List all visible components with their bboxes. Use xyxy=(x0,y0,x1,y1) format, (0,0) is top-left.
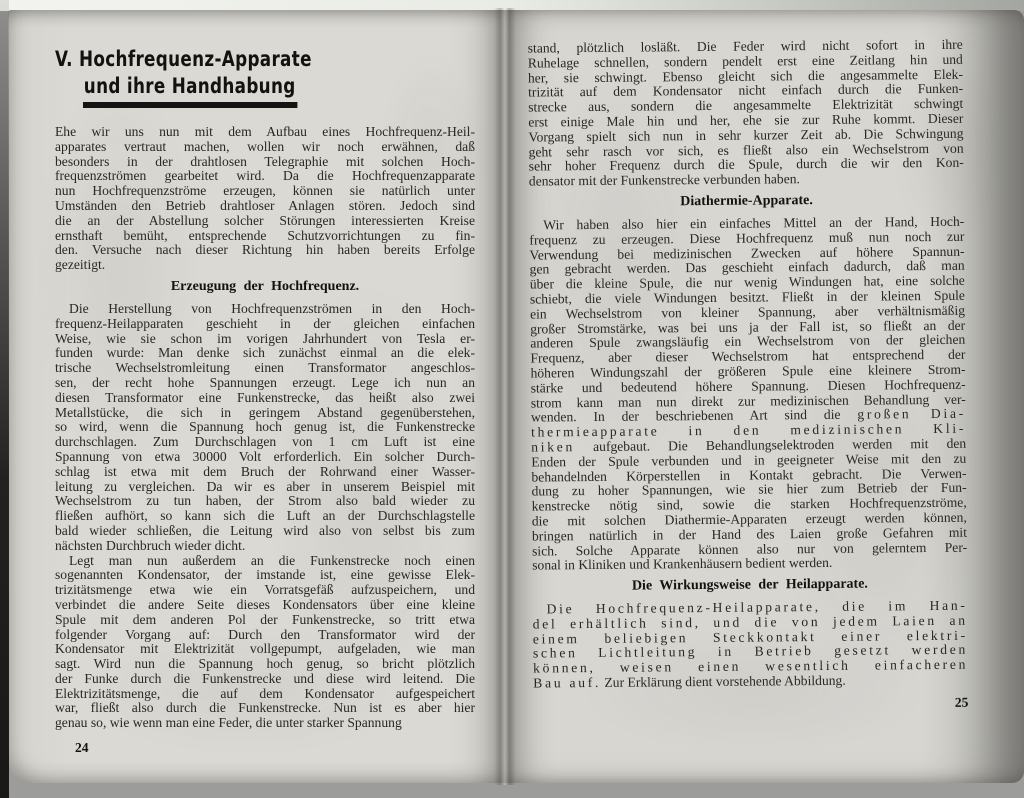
text-line: Legt man nun außerdem an die Funkenstrec… xyxy=(55,554,475,569)
section-heading: Die Wirkungsweise der Heilapparate. xyxy=(532,576,967,595)
paragraph: Die Herstellung von Hochfrequenzströmen … xyxy=(55,302,475,554)
paragraph: Wir haben also hier ein einfaches Mittel… xyxy=(529,215,967,574)
page-right: stand, plötzlich losläßt. Die Feder wird… xyxy=(506,10,1024,783)
text-line: die an der Abstellung solcher Störungen … xyxy=(55,214,475,229)
chapter-title-line1: V. Hochfrequenz-Apparate xyxy=(55,46,391,73)
text-line: Elektrizitätsmenge, die auf dem Kondensa… xyxy=(55,687,475,702)
text-line: frequenzströmen gearbeitet wird. Da die … xyxy=(55,169,475,184)
chapter-title: V. Hochfrequenz-Apparate und ihre Handha… xyxy=(55,46,475,108)
text-line: gezeitigt. xyxy=(55,258,475,273)
text-line: nächsten Durchbruch wieder dicht. xyxy=(55,539,475,554)
page-edge-shadow xyxy=(0,0,9,798)
text-line: sagt. Wird nun die Spannung hoch genug, … xyxy=(55,657,475,672)
letterspaced-text: können, weisen einen wesentlich einfache… xyxy=(533,658,968,676)
text-line: leitung zu vergleichen. Da wir es aber i… xyxy=(55,480,475,495)
letterspaced-text: niken xyxy=(531,439,575,454)
text-line: durchschlagen. Zum Durchschlagen von 1 c… xyxy=(55,435,475,450)
letterspaced-text: Bau auf. xyxy=(533,675,601,691)
text-line: so wird, wenn die Spannung hoch genug is… xyxy=(55,420,475,435)
letterspaced-text: großen Dia- xyxy=(857,407,966,422)
chapter-title-line2: und ihre Handhabung xyxy=(55,73,391,108)
text-line: folgender Vorgang auf: Durch den Transfo… xyxy=(55,628,475,643)
section-heading: Erzeugung der Hochfrequenz. xyxy=(55,279,475,294)
plain-text: Zur Erklärung dient vorstehende Abbildun… xyxy=(601,673,846,690)
text-line: Spannung von etwa 30000 Volt erforderlic… xyxy=(55,450,475,465)
text-line: nun Hochfrequenzströme erzeugen, können … xyxy=(55,184,475,199)
text-line: diesen Transformator eine Funkenstrecke,… xyxy=(55,391,475,406)
text-line: schlag ist etwa mit dem Bruch der Rohrwa… xyxy=(55,465,475,480)
text-line: frequenz-Heilapparaten geschieht in der … xyxy=(55,317,475,332)
text-line: ernsthaft bemüht, entsprechende Schutzvo… xyxy=(55,229,475,244)
text-line: densator mit der Funkenstrecke verbunden… xyxy=(529,171,964,190)
text-line: Bau auf. Zur Erklärung dient vorstehende… xyxy=(533,673,968,692)
text-line: der Funke durch die Funkenstrecke und di… xyxy=(55,672,475,687)
text-line: Wechselstrom zu tun haben, der Strom als… xyxy=(55,494,475,509)
chapter-title-underline: und ihre Handhabung xyxy=(83,73,297,108)
text-line: war, fließt also durch die Funkenstrecke… xyxy=(55,701,475,716)
text-line: den. Versuche nach dieser Richtung hin h… xyxy=(55,243,475,258)
text-line: Ehe wir uns nun mit dem Aufbau eines Hoc… xyxy=(55,125,475,140)
text-line: trizitätsmenge etwa wie ein Vorratsgefäß… xyxy=(55,583,475,598)
text-line: Metallstücke, die sich in geringem Absta… xyxy=(55,406,475,421)
paragraph: Ehe wir uns nun mit dem Aufbau eines Hoc… xyxy=(55,125,475,273)
text-line: Die Herstellung von Hochfrequenzströmen … xyxy=(55,302,475,317)
text-line: Kondensator mit Elektrizität vollgepumpt… xyxy=(55,642,475,657)
text-line: sonal in Kliniken und Krankenhäusern bed… xyxy=(532,555,967,574)
text-line: funden wurde: Man denke sich zunächst ei… xyxy=(55,346,475,361)
text-line: sen, der recht hohe Spannungen erzeugt. … xyxy=(55,376,475,391)
section-heading: Diathermie-Apparate. xyxy=(529,192,964,211)
text-line: Weise, wie sie schon im vorigen Jahrhund… xyxy=(55,332,475,347)
paragraph: stand, plötzlich losläßt. Die Feder wird… xyxy=(528,38,964,190)
book-scan: V. Hochfrequenz-Apparate und ihre Handha… xyxy=(0,0,1024,798)
page-left: V. Hochfrequenz-Apparate und ihre Handha… xyxy=(8,10,506,783)
plain-text: wenden. In der beschriebenen Art sind di… xyxy=(531,407,857,425)
page-number-right: 25 xyxy=(533,695,968,715)
paragraph: Legt man nun außerdem an die Funkenstrec… xyxy=(55,554,475,732)
text-line: apparates vertraut machen, wollen wir no… xyxy=(55,140,475,155)
book-gutter xyxy=(494,8,516,785)
page-right-content: stand, plötzlich losläßt. Die Feder wird… xyxy=(528,38,969,715)
text-line: Umständen den Betrieb drahtloser Anlagen… xyxy=(55,199,475,214)
text-line: verbindet die andere Seite dieses Konden… xyxy=(55,598,475,613)
page-left-content: V. Hochfrequenz-Apparate und ihre Handha… xyxy=(55,46,475,756)
text-line: fließen aufhört, so kann sich die Luft a… xyxy=(55,509,475,524)
text-line: genau so, wie wenn man eine Feder, die u… xyxy=(55,716,475,731)
text-line: besonders in der drahtlosen Telegraphie … xyxy=(55,155,475,170)
paragraph: Die Hochfrequenz-Heilapparate, die im Ha… xyxy=(533,599,969,692)
page-right-body: stand, plötzlich losläßt. Die Feder wird… xyxy=(528,38,969,692)
text-line: bald wieder schließen, die Leitung wird … xyxy=(55,524,475,539)
page-left-body: Ehe wir uns nun mit dem Aufbau eines Hoc… xyxy=(55,125,475,731)
page-number-left: 24 xyxy=(55,740,475,756)
text-line: Spule mit dem anderen Pol der Funkenstre… xyxy=(55,613,475,628)
text-line: sogenannten Kondensator, der imstande is… xyxy=(55,568,475,583)
text-line: trische Wechselstromleitung einen Transf… xyxy=(55,361,475,376)
